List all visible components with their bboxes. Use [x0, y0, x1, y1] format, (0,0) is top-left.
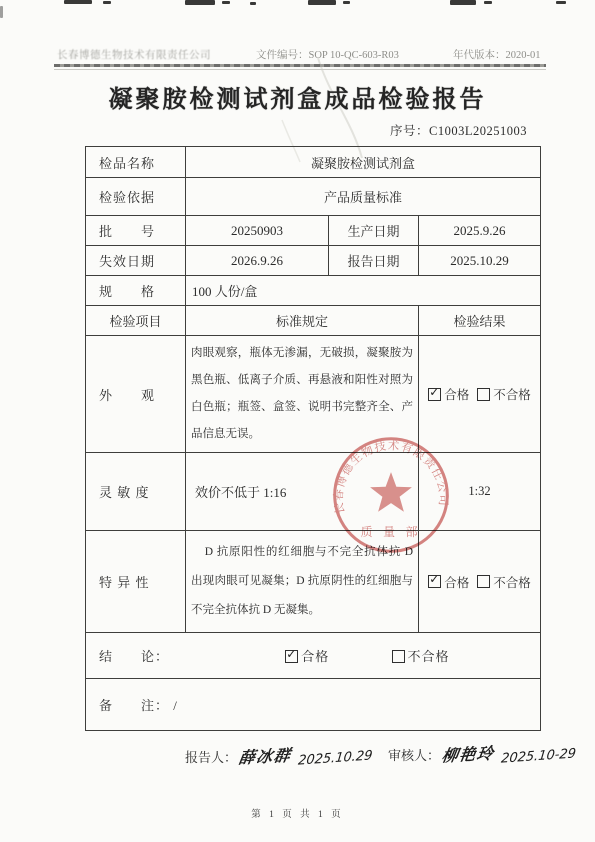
fail-checkbox [477, 575, 490, 588]
fail-checkbox [392, 650, 405, 663]
report-date-label: 报告日期 [329, 246, 419, 276]
reporter-signature: 报告人：薛冰群2025.10.29 [185, 744, 372, 767]
scan-artifact [185, 0, 215, 5]
batch-value: 20250903 [186, 216, 329, 246]
header-rule [54, 64, 546, 67]
conclusion-fail-group: 不合格 [392, 649, 450, 664]
table-row: 检验依据 产品质量标准 [86, 178, 541, 216]
reviewer-handwritten-date: 2025.10-29 [500, 746, 576, 766]
conclusion-pass-group: ✓合格 [285, 649, 329, 664]
prod-date-label: 生产日期 [329, 216, 419, 246]
check-icon: ✓ [286, 647, 297, 661]
table-row: 规 格 100 人份/盒 [86, 276, 541, 306]
fail-label: 不合格 [493, 388, 531, 402]
scan-artifact [222, 1, 230, 4]
scan-artifact [484, 1, 492, 4]
specificity-standard: D 抗原阳性的红细胞与不完全抗体抗 D 出现肉眼可见凝集；D 抗原阴性的红细胞与… [186, 531, 419, 633]
scan-artifact [343, 1, 350, 4]
scanned-report-page: 长春博德生物技术有限责任公司 文件编号：SOP 10-QC-603-R03 年代… [0, 0, 595, 842]
serial-value: C1003L20251003 [429, 124, 527, 138]
table-row-sensitivity: 灵 敏 度 效价不低于 1:16 1:32 [86, 453, 541, 531]
inspection-table: 检品名称 凝聚胺检测试剂盒 检验依据 产品质量标准 批 号 20250903 生… [85, 146, 541, 731]
conclusion-label: 结 论： [99, 649, 169, 664]
sensitivity-result: 1:32 [419, 453, 541, 531]
table-row: 失效日期 2026.9.26 报告日期 2025.10.29 [86, 246, 541, 276]
table-header-row: 检验项目 标准规定 检验结果 [86, 306, 541, 336]
pass-checkbox-checked: ✓ [285, 650, 298, 663]
reporter-handwritten-name: 薛冰群 [237, 743, 293, 769]
appearance-standard: 肉眼观察，瓶体无渗漏，无破损，凝聚胺为黑色瓶、低离子介质、再悬液和阳性对照为白色… [186, 336, 419, 453]
spec-value: 100 人份/盒 [186, 276, 541, 306]
report-title: 凝聚胺检测试剂盒成品检验报告 [0, 79, 595, 114]
appearance-label: 外 观 [86, 336, 186, 453]
reviewer-handwritten-name: 柳艳玲 [440, 741, 496, 767]
serial-number: 序号：C1003L20251003 [390, 121, 527, 139]
scan-artifact [556, 1, 566, 4]
version-number: 年代版本：2020-01 [453, 47, 541, 62]
column-result: 检验结果 [419, 306, 541, 336]
table-row-conclusion: 结 论： ✓合格 不合格 [86, 633, 541, 679]
reporter-label: 报告人： [185, 750, 237, 765]
signature-block: 报告人：薛冰群2025.10.29 审核人：柳艳玲2025.10-29 [0, 740, 595, 780]
expiry-value: 2026.9.26 [186, 246, 329, 276]
sample-name-value: 凝聚胺检测试剂盒 [186, 147, 541, 178]
reporter-handwritten-date: 2025.10.29 [297, 748, 373, 768]
sensitivity-standard: 效价不低于 1:16 [186, 453, 419, 531]
header-rule-shadow [54, 69, 546, 70]
report-date-value: 2025.10.29 [419, 246, 541, 276]
reviewer-label: 审核人： [388, 748, 440, 763]
table-row-appearance: 外 观 肉眼观察，瓶体无渗漏，无破损，凝聚胺为黑色瓶、低离子介质、再悬液和阳性对… [86, 336, 541, 453]
specificity-label: 特 异 性 [86, 531, 186, 633]
pass-label: 合格 [444, 388, 469, 402]
company-name: 长春博德生物技术有限责任公司 [57, 47, 211, 62]
pass-label: 合格 [301, 649, 329, 664]
fail-label: 不合格 [408, 649, 450, 664]
pass-label: 合格 [444, 576, 469, 590]
prod-date-value: 2025.9.26 [419, 216, 541, 246]
scan-artifact [64, 0, 92, 4]
scan-artifact [308, 0, 336, 5]
scan-artifact [450, 0, 476, 5]
scan-artifact [0, 6, 3, 18]
fail-checkbox [477, 388, 490, 401]
table-row: 检品名称 凝聚胺检测试剂盒 [86, 147, 541, 178]
basis-label: 检验依据 [86, 178, 186, 216]
fail-label: 不合格 [493, 576, 531, 590]
expiry-label: 失效日期 [86, 246, 186, 276]
document-header: 长春博德生物技术有限责任公司 文件编号：SOP 10-QC-603-R03 年代… [0, 47, 595, 63]
appearance-result: ✓合格不合格 [419, 336, 541, 453]
batch-label: 批 号 [86, 216, 186, 246]
conclusion-cell: 结 论： ✓合格 不合格 [86, 633, 541, 679]
scan-artifact [103, 1, 111, 4]
table-row-remark: 备 注： / [86, 679, 541, 731]
check-icon: ✓ [429, 572, 439, 586]
spec-label: 规 格 [86, 276, 186, 306]
sample-name-label: 检品名称 [86, 147, 186, 178]
reviewer-signature: 审核人：柳艳玲2025.10-29 [388, 742, 576, 765]
remark-label: 备 注： [99, 698, 169, 713]
document-number: 文件编号：SOP 10-QC-603-R03 [256, 47, 399, 62]
column-item: 检验项目 [86, 306, 186, 336]
specificity-result: ✓合格不合格 [419, 531, 541, 633]
serial-label: 序号： [390, 124, 429, 138]
scan-artifact [250, 2, 256, 5]
table-row: 批 号 20250903 生产日期 2025.9.26 [86, 216, 541, 246]
remark-cell: 备 注： / [86, 679, 541, 731]
table-row-specificity: 特 异 性 D 抗原阳性的红细胞与不完全抗体抗 D 出现肉眼可见凝集；D 抗原阴… [86, 531, 541, 633]
column-standard: 标准规定 [186, 306, 419, 336]
remark-value: / [173, 698, 178, 713]
sensitivity-label: 灵 敏 度 [86, 453, 186, 531]
check-icon: ✓ [429, 385, 439, 399]
page-number: 第 1 页 共 1 页 [0, 806, 595, 820]
pass-checkbox-checked: ✓ [428, 575, 441, 588]
pass-checkbox-checked: ✓ [428, 388, 441, 401]
basis-value: 产品质量标准 [186, 178, 541, 216]
